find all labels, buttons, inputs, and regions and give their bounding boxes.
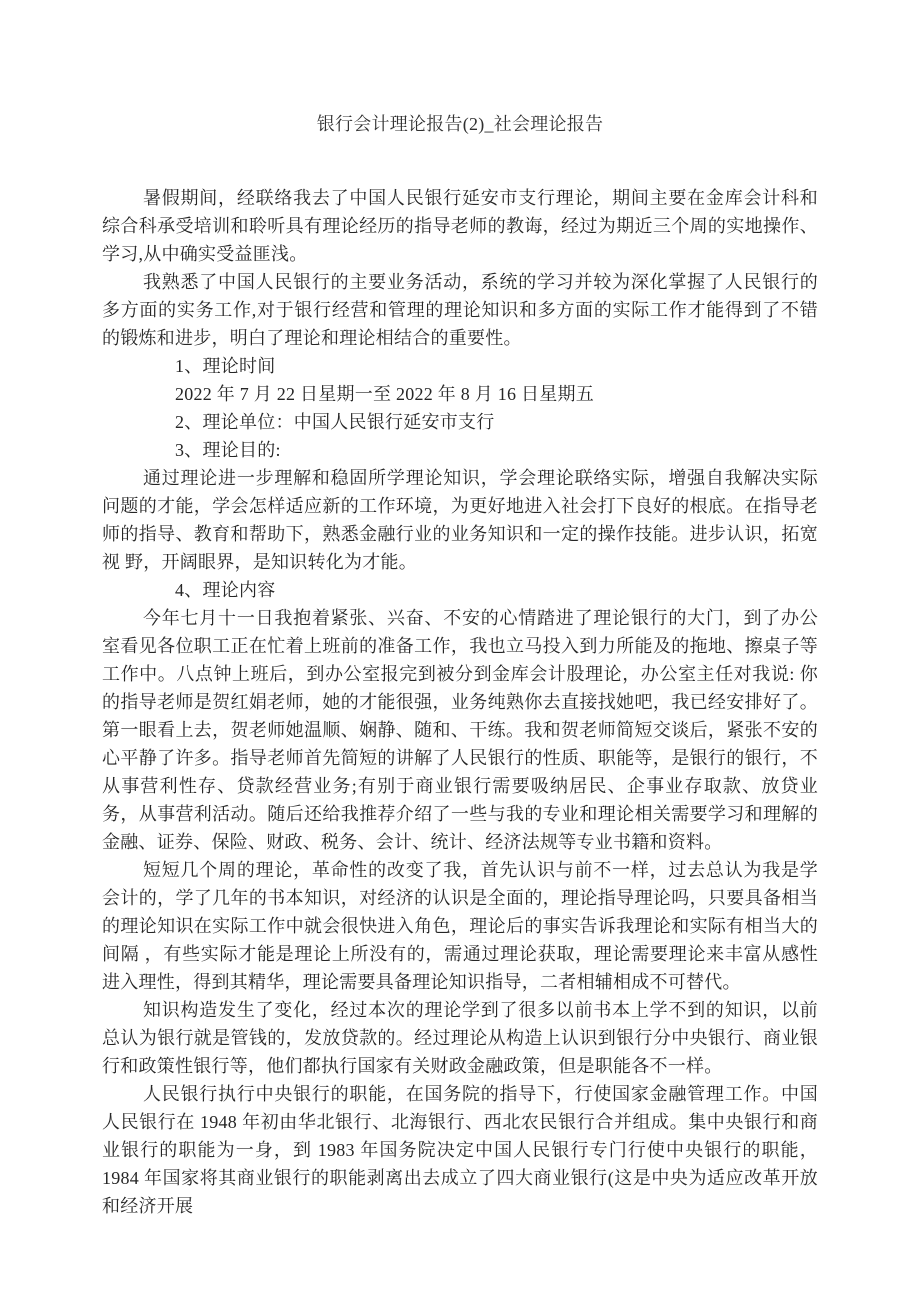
document-page: 银行会计理论报告(2)_社会理论报告 暑假期间，经联络我去了中国人民银行延安市支…	[0, 0, 920, 1302]
list-item-theory-purpose: 3、理论目的:	[102, 436, 818, 464]
paragraph-purpose-detail: 通过理论进一步理解和稳固所学理论知识，学会理论联络实际，增强自我解决实际问题的才…	[102, 464, 818, 576]
list-item-date-range: 2022 年 7 月 22 日星期一至 2022 年 8 月 16 日星期五	[102, 380, 818, 408]
paragraph-overview: 我熟悉了中国人民银行的主要业务活动，系统的学习并较为深化掌握了人民银行的多方面的…	[102, 268, 818, 352]
paragraph-knowledge-structure: 知识构造发生了变化，经过本次的理论学到了很多以前书本上学不到的知识，以前总认为银…	[102, 996, 818, 1080]
document-content: 银行会计理论报告(2)_社会理论报告 暑假期间，经联络我去了中国人民银行延安市支…	[102, 110, 818, 1220]
paragraph-pboc-history: 人民银行执行中央银行的职能，在国务院的指导下，行使国家金融管理工作。中国人民银行…	[102, 1080, 818, 1220]
document-title: 银行会计理论报告(2)_社会理论报告	[102, 110, 818, 138]
paragraph-intro: 暑假期间，经联络我去了中国人民银行延安市支行理论，期间主要在金库会计科和综合科承…	[102, 184, 818, 268]
paragraph-reflection: 短短几个周的理论，革命性的改变了我，首先认识与前不一样，过去总认为我是学会计的，…	[102, 856, 818, 996]
paragraph-first-day: 今年七月十一日我抱着紧张、兴奋、不安的心情踏进了理论银行的大门，到了办公室看见各…	[102, 604, 818, 856]
list-item-theory-unit: 2、理论单位：中国人民银行延安市支行	[102, 408, 818, 436]
list-item-theory-content: 4、理论内容	[102, 576, 818, 604]
list-item-theory-time: 1、理论时间	[102, 352, 818, 380]
